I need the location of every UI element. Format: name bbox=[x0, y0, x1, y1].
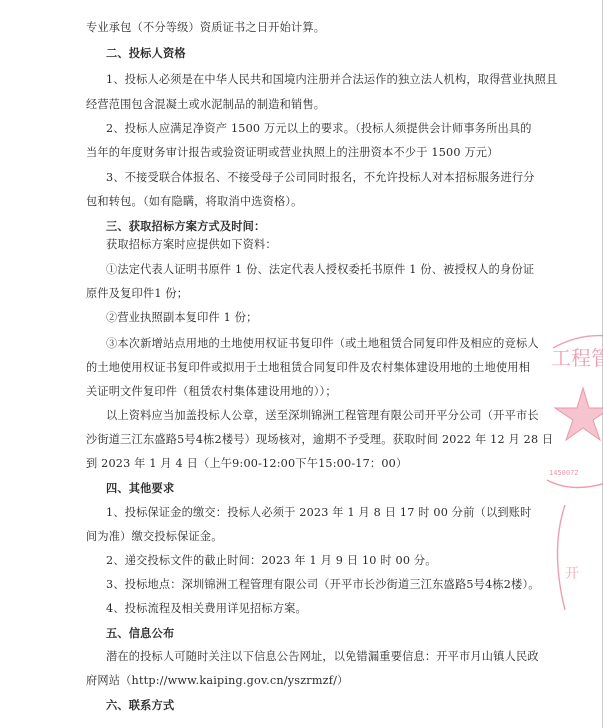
paragraph-line: 沙街道三江东盛路5号4栋2楼号）现场核对，逾期不予受理。获取时间 2022 年 … bbox=[86, 433, 553, 447]
paragraph-line: ②营业执照副本复印件 1 份； bbox=[106, 311, 257, 325]
paragraph-line: 2、递交投标文件的截止时间：2023 年 1 月 9 日 10 时 00 分。 bbox=[106, 554, 437, 568]
paragraph-line: 3、投标地点：深圳锦洲工程管理有限公司（开平市长沙街道三江东盛路5号4栋2楼）。 bbox=[106, 578, 540, 592]
paragraph-line: 4、投标流程及相关费用详见招标方案。 bbox=[106, 602, 307, 616]
paragraph-line: 1、投标保证金的缴交：投标人必须于 2023 年 1 月 8 日 17 时 00… bbox=[106, 506, 532, 520]
paragraph-line: 获取招标方案时应提供如下资料： bbox=[106, 238, 277, 252]
paragraph-line: 3、不接受联合体报名、不接受母子公司同时报名，不允许投标人对本招标服务进行分 bbox=[106, 171, 535, 185]
paragraph-line: 原件及复印件1 份； bbox=[86, 287, 188, 301]
document-page: 专业承包（不分等级）资质证书之日开始计算。二、投标人资格1、投标人必须是在中华人… bbox=[0, 0, 603, 728]
paragraph-line: 包和转包。（如有隐瞒，将取消中选资格）。 bbox=[86, 195, 303, 209]
paragraph-line: 以上资料应当加盖投标人公章，送至深圳锦洲工程管理有限公司开平分公司（开平市长 bbox=[106, 409, 539, 423]
paragraph-line: 当年的年度财务审计报告或验资证明或营业执照上的注册资本不少于 1500 万元） bbox=[86, 146, 499, 160]
section-heading: 三、获取招标方案方式及时间： bbox=[106, 219, 265, 233]
paragraph-line: 专业承包（不分等级）资质证书之日开始计算。 bbox=[86, 21, 325, 35]
paragraph-line: 间为准）缴交投标保证金。 bbox=[86, 530, 223, 544]
paragraph-line: 2、投标人应满足净资产 1500 万元以上的要求。（投标人须提供会计师事务所出具… bbox=[106, 122, 532, 136]
paragraph-line: 府网站（http://www.kaiping.gov.cn/yszrmzf/） bbox=[86, 674, 348, 688]
paragraph-line: 的土地使用权证书复印件或拟用于土地租赁合同复印件及农村集体建设用地的土地使用相 bbox=[86, 361, 530, 375]
paragraph-line: 到 2023 年 1 月 4 日（上午9:00-12:00下午15:00-17：… bbox=[86, 457, 407, 471]
paragraph-line: ①法定代表人证明书原件 1 份、法定代表人授权委托书原件 1 份、被授权人的身份… bbox=[106, 263, 534, 277]
paragraph-line: 1、投标人必须是在中华人民共和国境内注册并合法运作的独立法人机构，取得营业执照且 bbox=[106, 73, 557, 87]
paragraph-line: 经营范围包含混凝土或水泥制品的制造和销售。 bbox=[86, 98, 325, 112]
section-heading: 五、信息公布 bbox=[106, 626, 174, 640]
paragraph-line: ③本次新增站点用地的土地使用权证书复印件（或土地租赁合同复印件及相应的竞标人 bbox=[106, 337, 539, 351]
paragraph-line: 关证明文件复印件（租赁农村集体建设用地的））； bbox=[86, 385, 337, 399]
section-heading: 六、联系方式 bbox=[106, 698, 174, 712]
paragraph-line: 潜在的投标人可随时关注以下信息公告网址，以免错漏重要信息：开平市月山镇人民政 bbox=[106, 650, 539, 664]
section-heading: 二、投标人资格 bbox=[106, 46, 186, 60]
section-heading: 四、其他要求 bbox=[106, 481, 174, 495]
